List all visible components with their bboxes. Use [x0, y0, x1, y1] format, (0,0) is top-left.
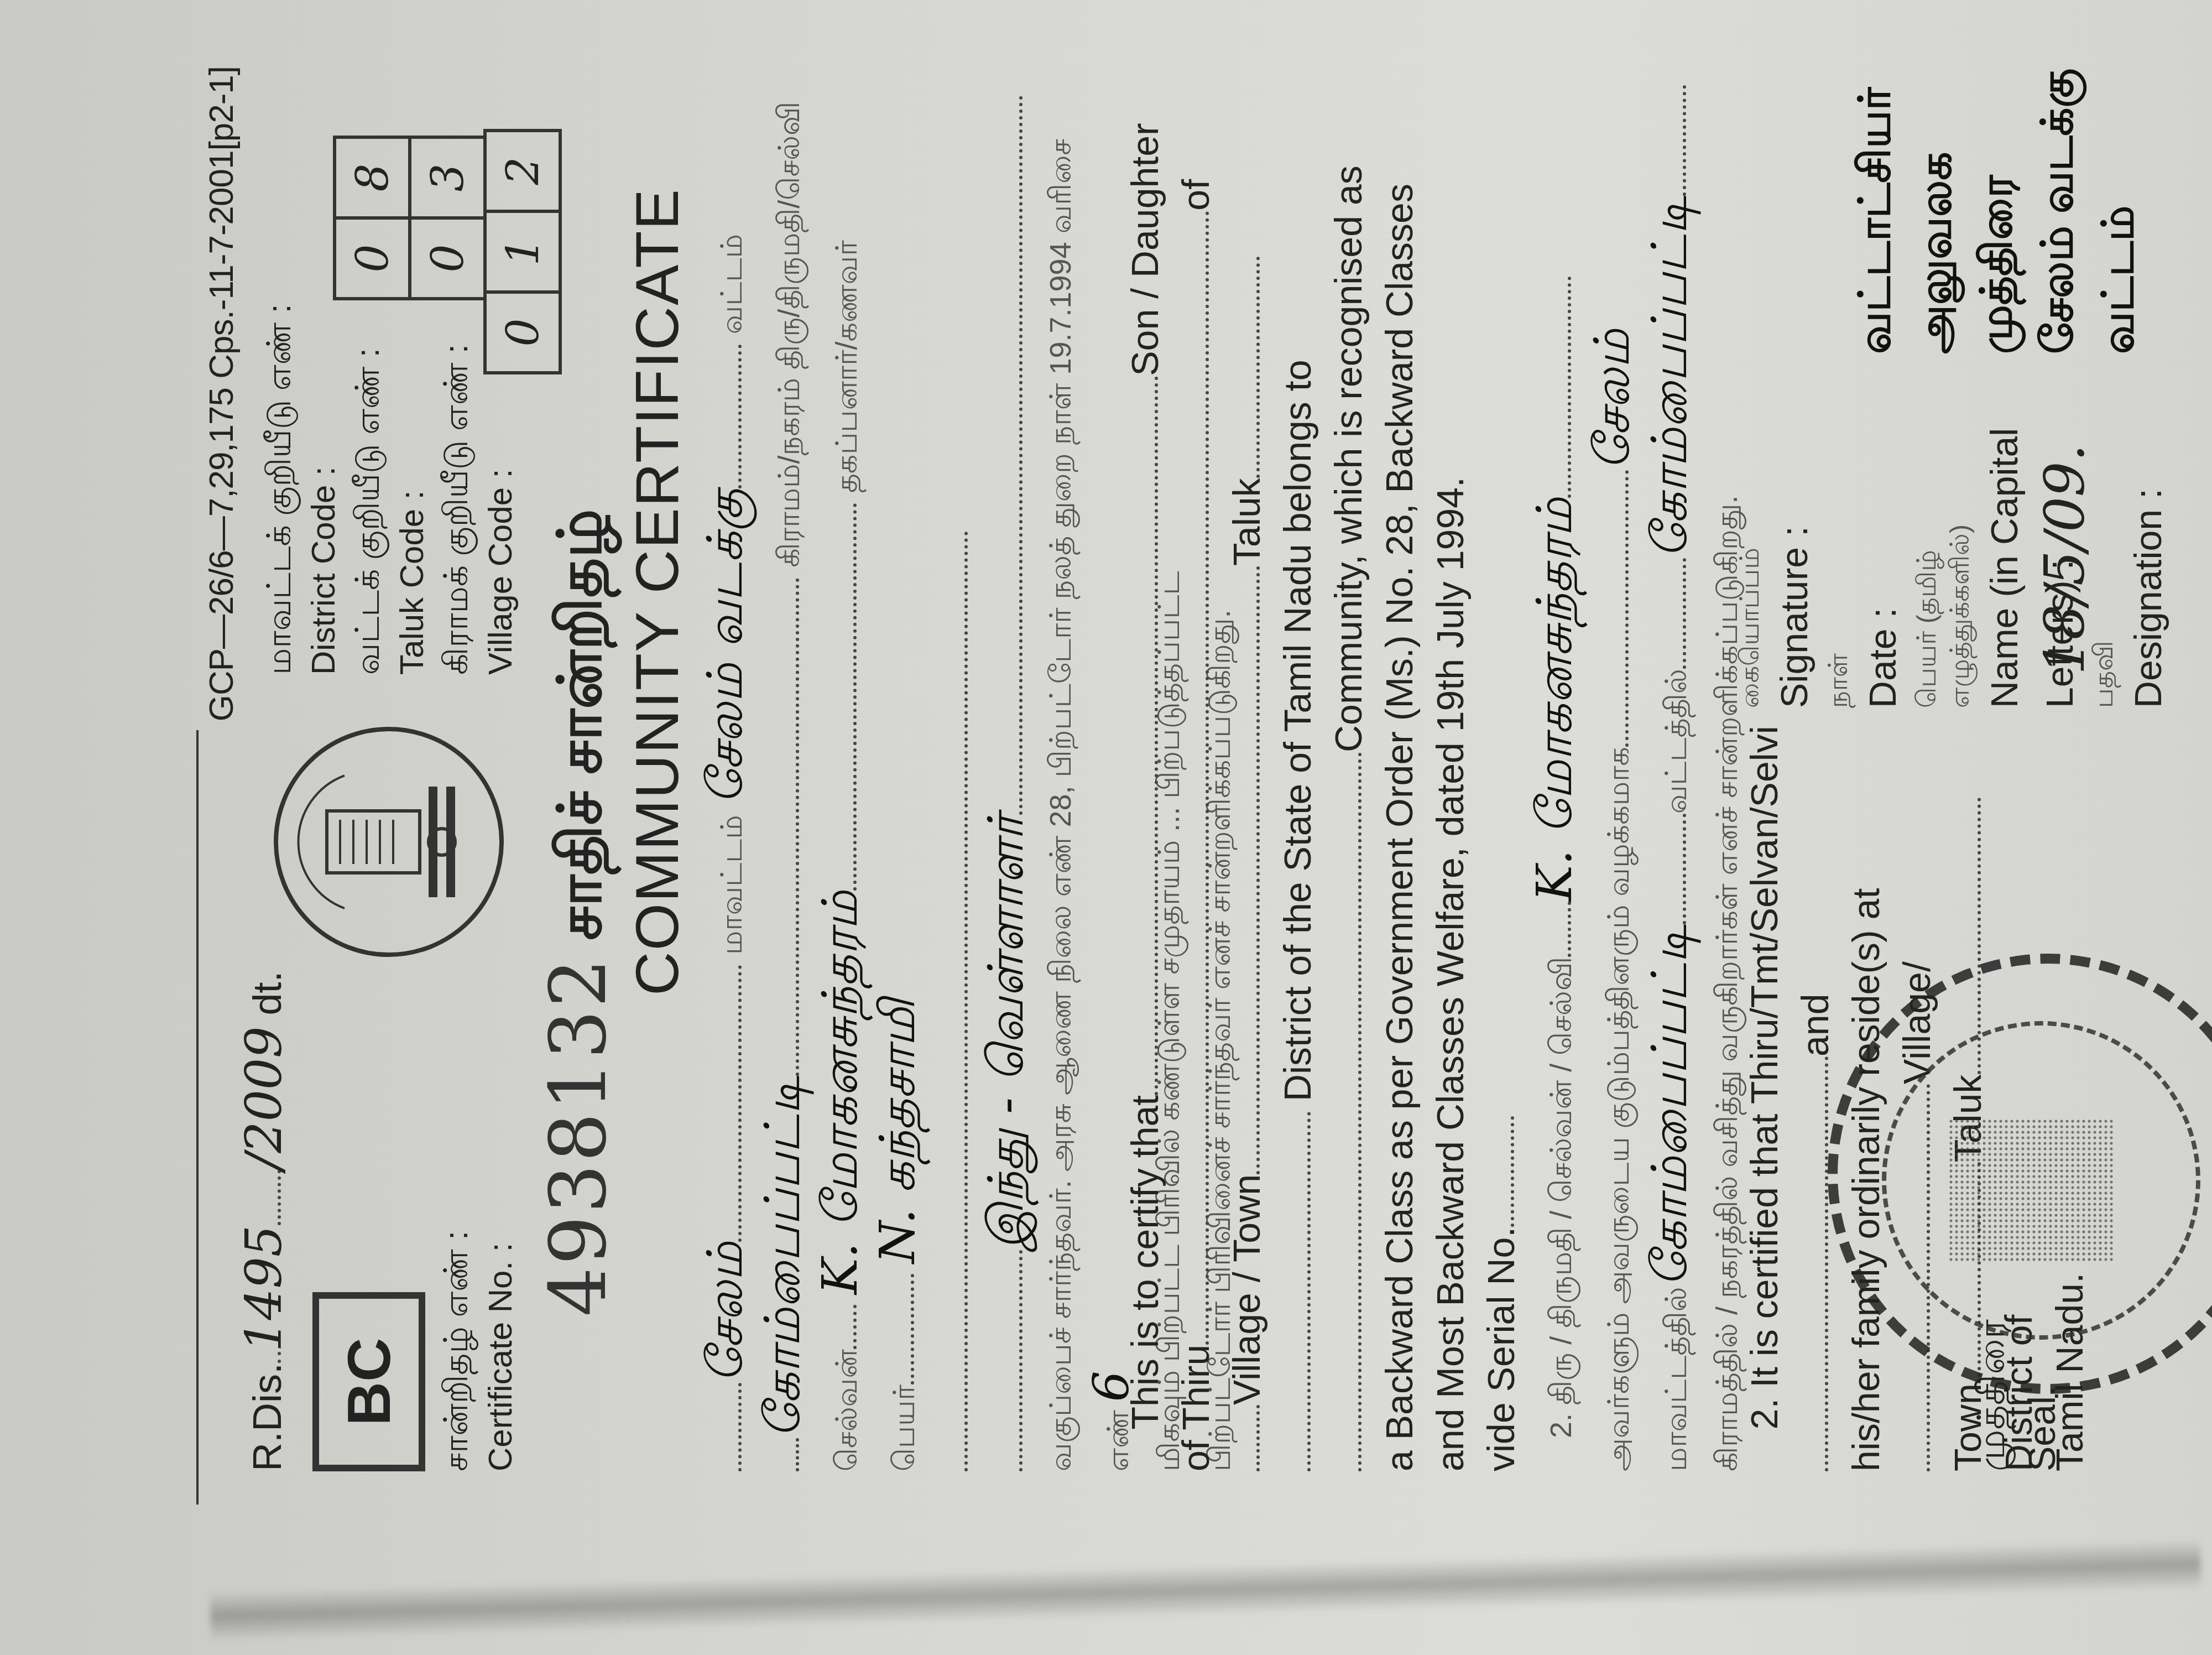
category-badge: BC — [312, 1292, 425, 1471]
english-paragraph-1: This is to certify thatSon / Daughter of… — [1120, 77, 1527, 1471]
code-digit: 3 — [408, 136, 487, 220]
rdis-handwritten: 1495 — [235, 1225, 293, 1352]
district-code-boxes: 0 8 — [335, 131, 410, 299]
code-grid: 0 8 0 3 0 1 2 — [335, 131, 560, 299]
title-english: COMMUNITY CERTIFICATE — [622, 188, 692, 996]
code-digit: 2 — [483, 129, 562, 213]
code-digit: 0 — [483, 290, 562, 374]
certificate-number: 4938132 — [534, 956, 624, 1316]
code-digit: 0 — [408, 216, 487, 300]
signature-block: கையொப்பம்Signature : நாள்Date : பெயர் (த… — [1734, 365, 2176, 708]
title-tamil: சாதிச் சான்றிதழ் — [545, 509, 623, 940]
certificate-no-label: சான்றிதழ் எண் : Certificate No. : — [434, 1231, 523, 1471]
tamil-paragraph-2: 2. திரு / திருமதி / செல்வன் / செல்விK. ம… — [1529, 77, 1752, 1471]
code-labels: மாவட்டக் குறியீடு எண் : District Code : … — [257, 304, 523, 675]
page-edge-shadow — [210, 1539, 2201, 1641]
rdis-number: R.Dis.1495/2009 dt. — [235, 971, 293, 1472]
community-certificate-page: GCP—26/6—7,29,175 Cps.-11-7-2001[p2-1] R… — [169, 44, 2093, 1538]
handwritten-date: 18/5/09. — [2032, 444, 2097, 675]
code-digit: 8 — [333, 136, 411, 220]
village-code-boxes: 0 1 2 — [485, 131, 560, 373]
tahsildar-stamp: வட்டாட்சியர் அலுவலக முத்திரை சேலம் வடக்க… — [1844, 44, 2148, 354]
code-digit: 1 — [483, 210, 562, 294]
tamil-nadu-emblem-icon — [274, 727, 504, 957]
top-rule — [196, 730, 199, 1505]
seal-emblem-icon — [1948, 1118, 2114, 1262]
form-reference: GCP—26/6—7,29,175 Cps.-11-7-2001[p2-1] — [202, 66, 241, 721]
code-digit: 0 — [333, 216, 411, 300]
taluk-code-boxes: 0 3 — [410, 131, 485, 299]
